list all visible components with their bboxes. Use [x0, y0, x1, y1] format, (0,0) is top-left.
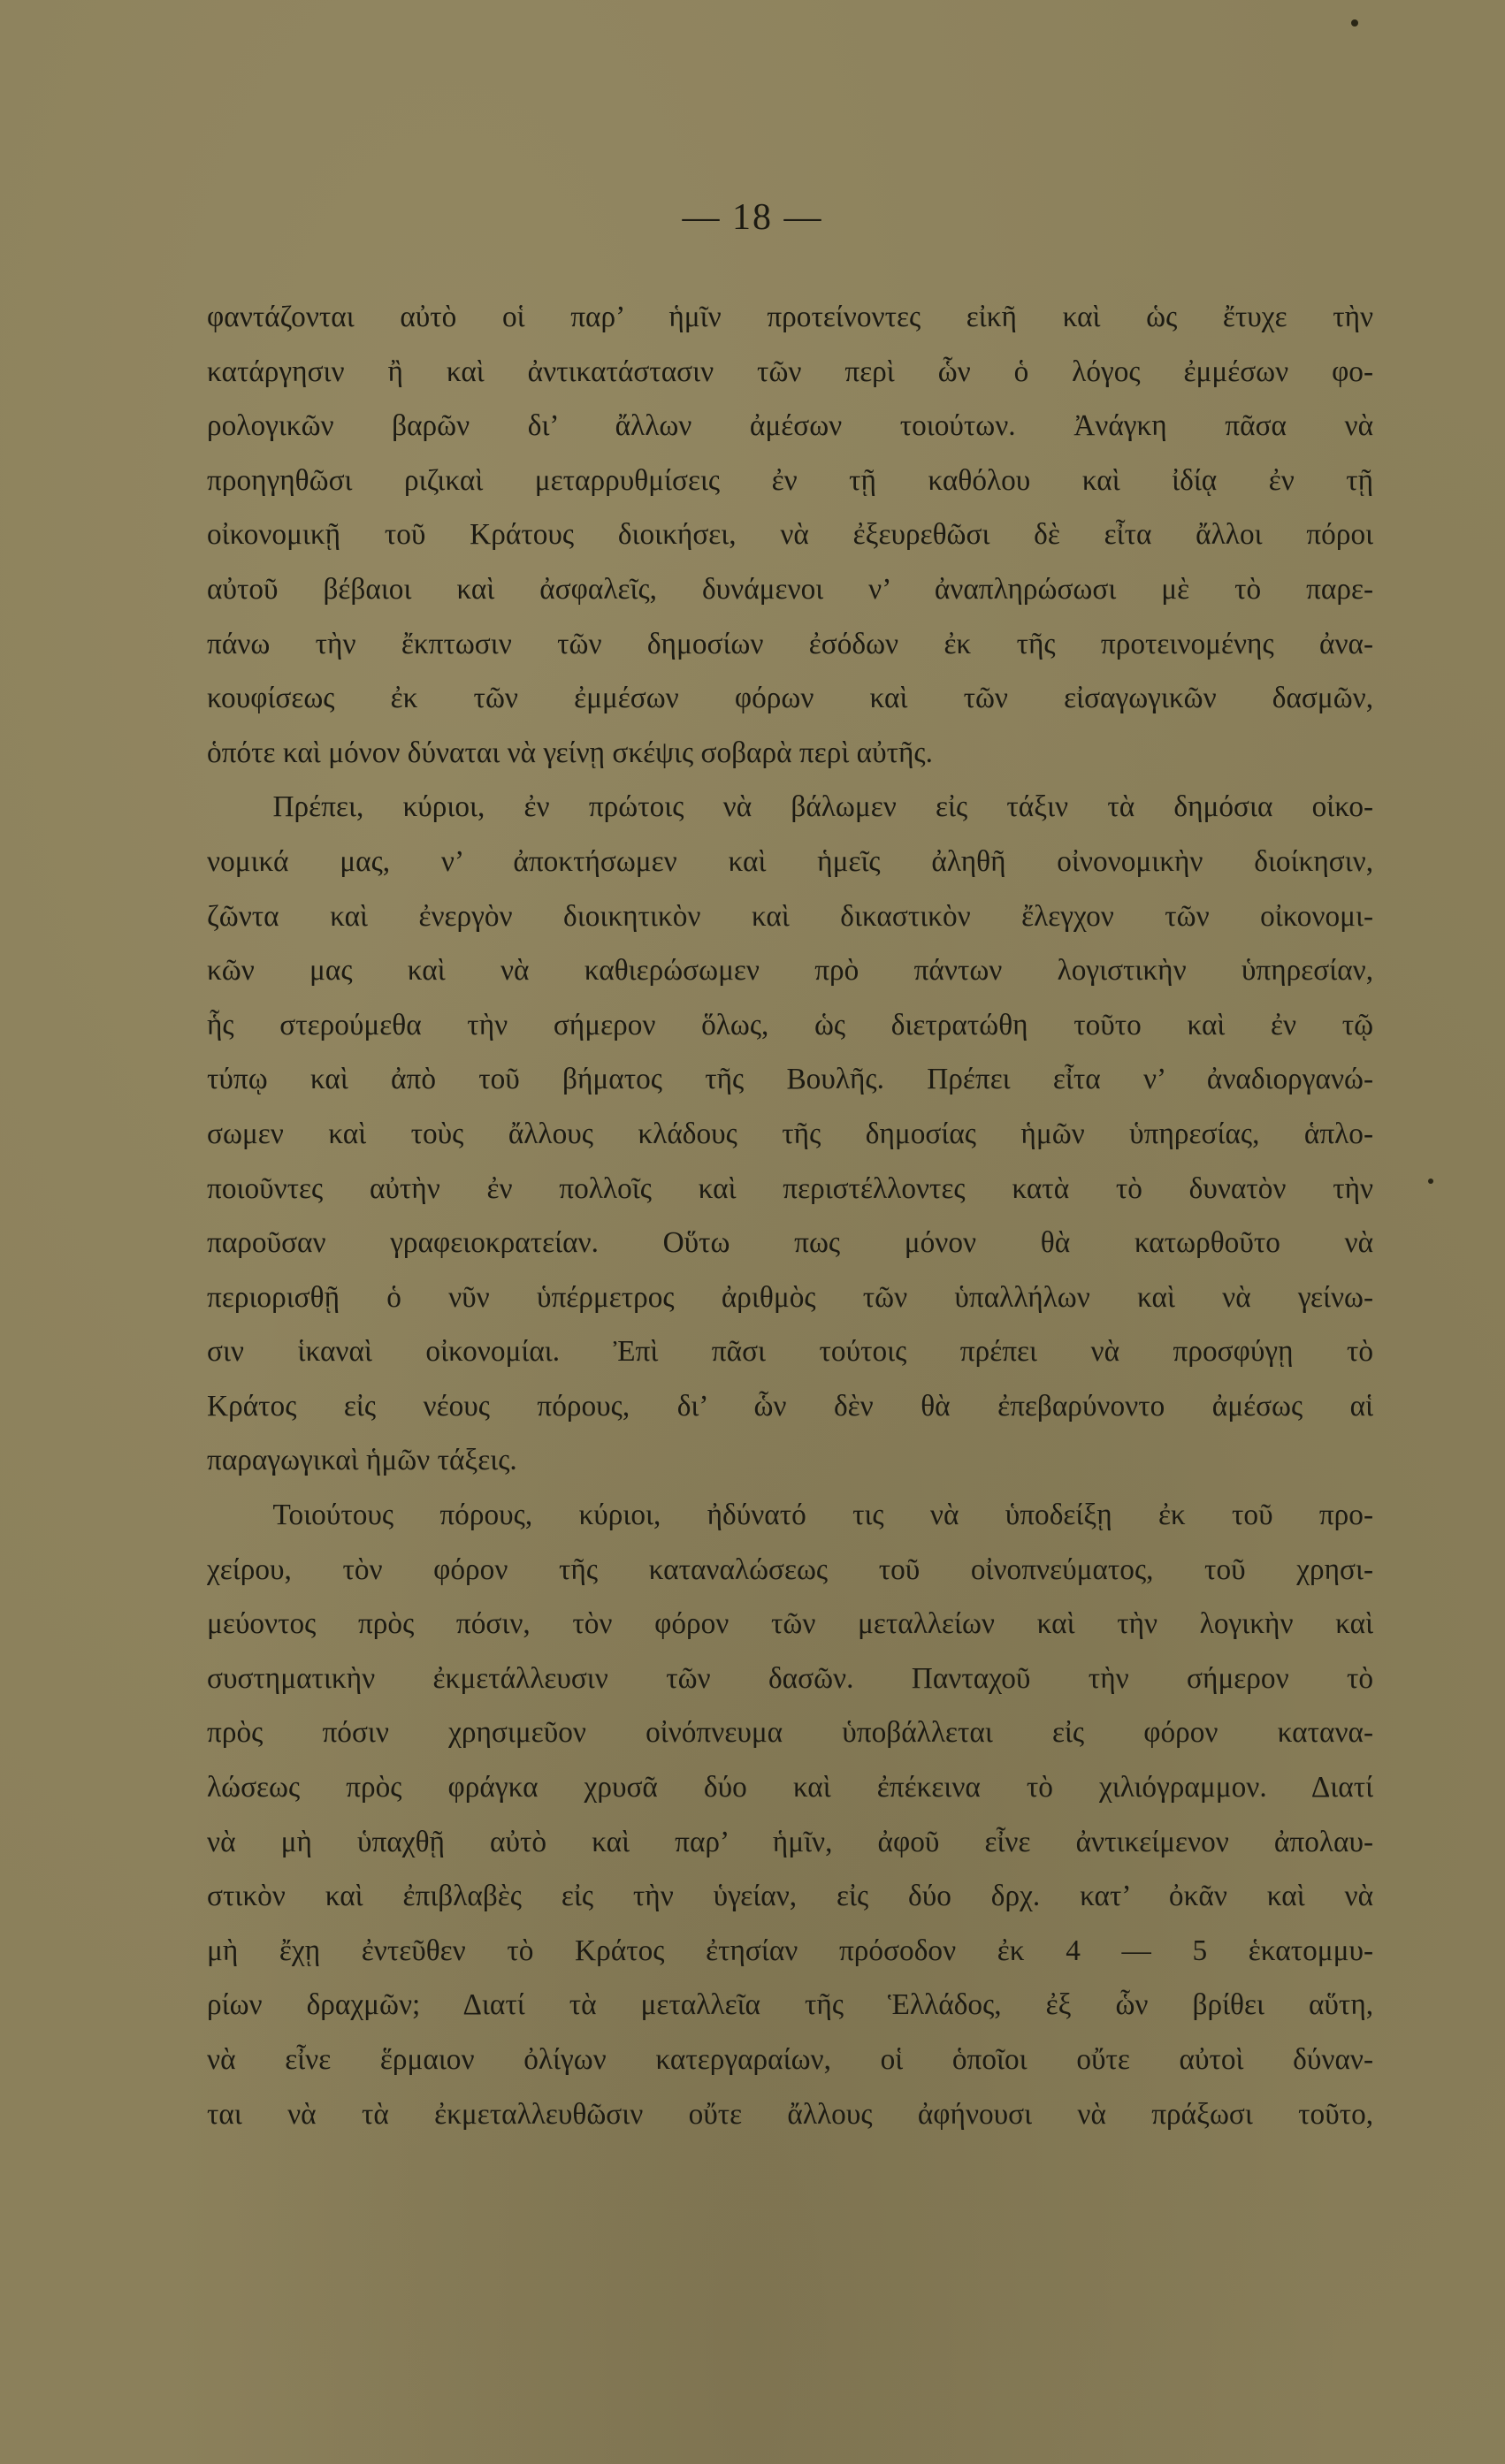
- paper-speck: [1428, 1179, 1433, 1184]
- text-line: ποιοῦντες αὐτὴν ἐν πολλοῖς καὶ περιστέλλ…: [207, 1162, 1373, 1217]
- text-line: ζῶντα καὶ ἐνεργὸν διοικητικὸν καὶ δικαστ…: [207, 889, 1373, 944]
- page-number: — 18 —: [0, 196, 1505, 239]
- text-line: μὴ ἔχῃ ἐντεῦθεν τὸ Κράτος ἐτησίαν πρόσοδ…: [207, 1924, 1373, 1979]
- text-line: πάνω τὴν ἔκπτωσιν τῶν δημοσίων ἐσόδων ἐκ…: [207, 617, 1373, 672]
- text-line: μεύοντος πρὸς πόσιν, τὸν φόρον τῶν μεταλ…: [207, 1597, 1373, 1652]
- text-line: ρίων δραχμῶν; Διατί τὰ μεταλλεῖα τῆς Ἑλλ…: [207, 1978, 1373, 2033]
- text-line: κατάργησιν ἢ καὶ ἀντικατάστασιν τῶν περὶ…: [207, 345, 1373, 400]
- text-line: περιορισθῇ ὁ νῦν ὑπέρμετρος ἀριθμὸς τῶν …: [207, 1270, 1373, 1325]
- text-line: πρὸς πόσιν χρησιμεῦον οἰνόπνευμα ὑποβάλλ…: [207, 1705, 1373, 1760]
- text-line: κουφίσεως ἐκ τῶν ἐμμέσων φόρων καὶ τῶν ε…: [207, 671, 1373, 726]
- paragraph-end-line: ὁπότε καὶ μόνον δύναται νὰ γείνῃ σκέψις …: [207, 726, 1373, 781]
- text-line: συστηματικὴν ἐκμετάλλευσιν τῶν δασῶν. Πα…: [207, 1652, 1373, 1706]
- text-line: αὐτοῦ βέβαιοι καὶ ἀσφαλεῖς, δυνάμενοι ν’…: [207, 562, 1373, 617]
- text-line: κῶν μας καὶ νὰ καθιερώσωμεν πρὸ πάντων λ…: [207, 943, 1373, 998]
- text-line: λώσεως πρὸς φράγκα χρυσᾶ δύο καὶ ἐπέκειν…: [207, 1760, 1373, 1815]
- text-line: στικὸν καὶ ἐπιβλαβὲς εἰς τὴν ὑγείαν, εἰς…: [207, 1869, 1373, 1924]
- paragraph-start-line: Τοιούτους πόρους, κύριοι, ἠδύνατό τις νὰ…: [207, 1488, 1373, 1543]
- text-line: Κράτος εἰς νέους πόρους, δι’ ὧν δὲν θὰ ἐ…: [207, 1379, 1373, 1434]
- text-line: χείρου, τὸν φόρον τῆς καταναλώσεως τοῦ ο…: [207, 1543, 1373, 1598]
- paragraph-start-line: Πρέπει, κύριοι, ἐν πρώτοις νὰ βάλωμεν εἰ…: [207, 780, 1373, 835]
- text-line: νὰ μὴ ὑπαχθῇ αὐτὸ καὶ παρ’ ἡμῖν, ἀφοῦ εἶ…: [207, 1815, 1373, 1870]
- text-line: ρολογικῶν βαρῶν δι’ ἄλλων ἀμέσων τοιούτω…: [207, 399, 1373, 454]
- text-line: προηγηθῶσι ριζικαὶ μεταρρυθμίσεις ἐν τῇ …: [207, 454, 1373, 508]
- text-line: φαντάζονται αὐτὸ οἱ παρ’ ἡμῖν προτείνοντ…: [207, 290, 1373, 345]
- book-page: — 18 — φαντάζονται αὐτὸ οἱ παρ’ ἡμῖν προ…: [0, 0, 1505, 2464]
- text-line: οἰκονομικῇ τοῦ Κράτους διοικήσει, νὰ ἐξε…: [207, 507, 1373, 562]
- body-text: φαντάζονται αὐτὸ οἱ παρ’ ἡμῖν προτείνοντ…: [207, 290, 1397, 2141]
- text-line: ται νὰ τὰ ἐκμεταλλευθῶσιν οὔτε ἄλλους ἀφ…: [207, 2087, 1373, 2142]
- paragraph-end-line: παραγωγικαὶ ἡμῶν τάξεις.: [207, 1433, 1373, 1488]
- paper-speck: [1351, 19, 1358, 27]
- text-line: ἧς στερούμεθα τὴν σήμερον ὅλως, ὡς διετρ…: [207, 998, 1373, 1053]
- text-line: σιν ἱκαναὶ οἰκονομίαι. Ἐπὶ πᾶσι τούτοις …: [207, 1324, 1373, 1379]
- text-line: παροῦσαν γραφειοκρατείαν. Οὕτω πως μόνον…: [207, 1216, 1373, 1270]
- text-line: σωμεν καὶ τοὺς ἄλλους κλάδους τῆς δημοσί…: [207, 1107, 1373, 1162]
- text-line: τύπῳ καὶ ἀπὸ τοῦ βήματος τῆς Βουλῆς. Πρέ…: [207, 1052, 1373, 1107]
- text-line: νομικά μας, ν’ ἀποκτήσωμεν καὶ ἡμεῖς ἀλη…: [207, 835, 1373, 889]
- text-line: νὰ εἶνε ἕρμαιον ὀλίγων κατεργαραίων, οἱ …: [207, 2033, 1373, 2087]
